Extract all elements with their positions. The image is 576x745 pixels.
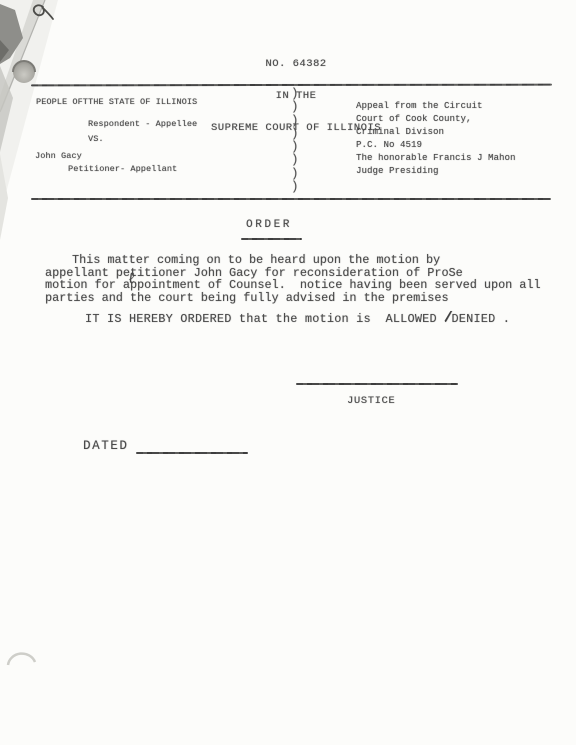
- hole-punch-mark: [13, 61, 35, 83]
- versus-label: VS.: [88, 134, 104, 144]
- appeal-origin-line: Criminal Divison: [356, 126, 516, 139]
- party-defendant: John Gacy: [35, 151, 82, 161]
- justice-label: JUSTICE: [347, 395, 395, 407]
- bracket-glyph: ): [291, 181, 299, 194]
- typed-overstrike-mark: ℓ: [126, 271, 137, 289]
- order-body-paragraph: This matter coming on to be heard upon t…: [45, 254, 541, 305]
- caption-divider-line: [31, 198, 551, 200]
- bracket-glyph: ): [291, 101, 299, 114]
- dated-label: DATED: [83, 439, 129, 453]
- order-body-line: parties and the court being fully advise…: [45, 292, 541, 305]
- case-number: NO. 64382: [146, 59, 446, 70]
- order-body-line: This matter coming on to be heard upon t…: [45, 254, 541, 267]
- appeal-origin-line: Appeal from the Circuit: [356, 100, 516, 113]
- bottom-punch-arc-mark: [0, 638, 60, 678]
- appeal-origin-block: Appeal from the Circuit Court of Cook Co…: [356, 100, 516, 177]
- order-heading-underline: [241, 238, 302, 240]
- justice-signature-line: [296, 383, 458, 385]
- bracket-glyph: ): [291, 115, 299, 128]
- order-heading: ORDER: [246, 219, 292, 231]
- ruling-overstrike-slash: /: [444, 310, 453, 326]
- scanned-court-order-page: NO. 64382 IN THE SUPREME COURT OF ILLINO…: [0, 0, 576, 745]
- top-divider-line: [31, 84, 552, 87]
- judge-name: The honorable Francis J Mahon: [356, 152, 516, 165]
- party-plaintiff: PEOPLE OFTTHE STATE OF ILLINOIS: [36, 97, 197, 107]
- date-fill-in-line: [136, 452, 248, 454]
- caption-bracket-column: ) ) ) ) ) ) ) ): [291, 88, 299, 194]
- party-defendant-role: Petitioner- Appellant: [68, 164, 177, 174]
- appeal-origin-line: Court of Cook County,: [356, 113, 516, 126]
- docket-number: P.C. No 4519: [356, 139, 516, 152]
- judge-title: Judge Presiding: [356, 165, 516, 178]
- party-plaintiff-role: Respondent - Appellee: [88, 119, 197, 129]
- staple-mark: [34, 5, 53, 19]
- bracket-glyph: ): [291, 154, 299, 167]
